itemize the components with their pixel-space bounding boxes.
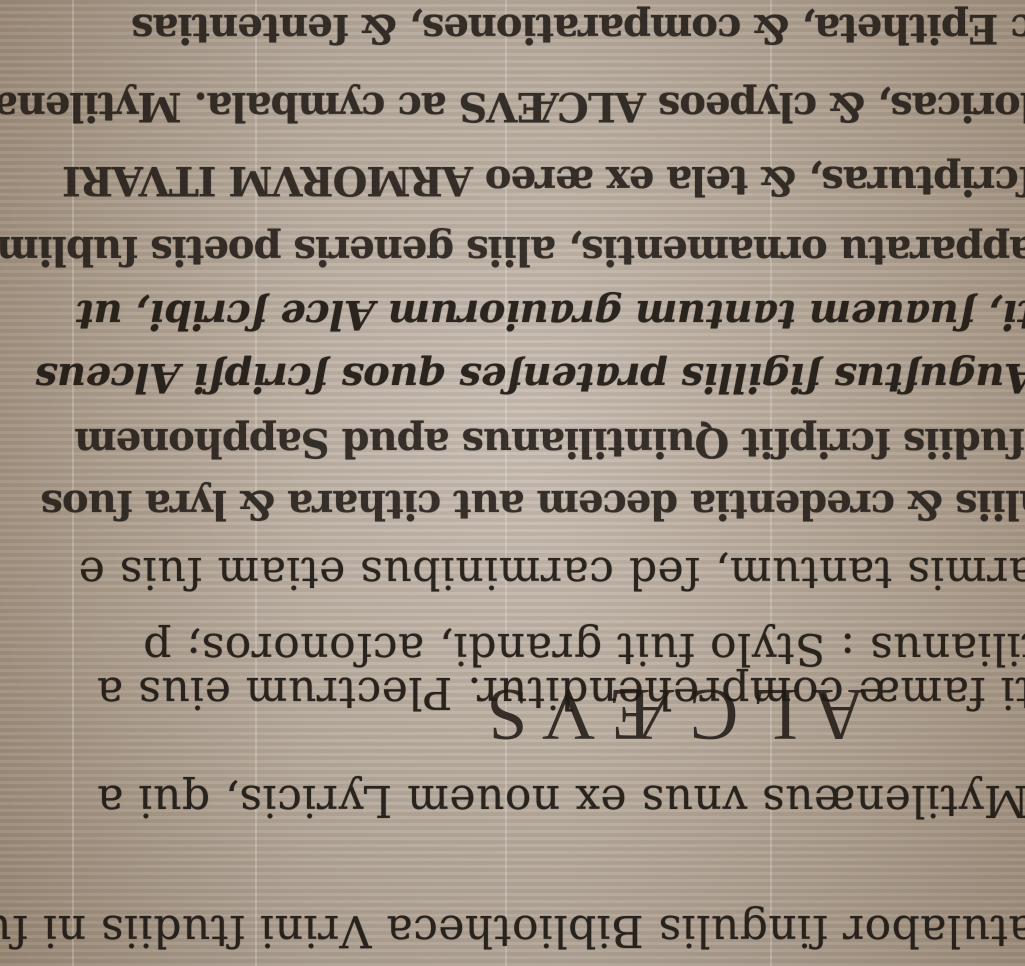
text-line-9: armis tantum, ſed carminibus etiam ſuis … xyxy=(78,547,1025,598)
text-line-7: ſudiis ſcripſit Quintilianus apud Sappho… xyxy=(75,419,1025,466)
text-line-13: gratulabor ſingulis Bibliotheca Vrini ſt… xyxy=(0,905,1025,956)
text-line-10: tilianus : Stylo fuit grandi, acſonoros;… xyxy=(143,623,1025,674)
text-line-12: Mytilenæus vnus ex nouem Lyricis, qui a xyxy=(97,775,1025,826)
text-line-4: apparatu ornamentis, aliis generis poeti… xyxy=(0,227,1025,274)
text-line-2: loricas, & clypeos ALCÆVS ac cymbala. My… xyxy=(0,83,1025,130)
text-line-1: ſic Epitheta, & comparationes, & ſentent… xyxy=(132,5,1025,52)
rotated-text-block: gratulabor ſingulis Bibliotheca Vrini ſt… xyxy=(0,0,1025,966)
text-line-5: ti, ſuauem tantum grauiorum Alce ſcribi,… xyxy=(76,291,1025,338)
text-line-3: ſcripturas, & tela ex æreo ARMORVM ITVAR… xyxy=(63,157,1025,204)
text-line-11: ti famæ comprehenditur. Plectrum eius a xyxy=(97,667,1025,718)
document-page: gratulabor ſingulis Bibliotheca Vrini ſt… xyxy=(0,0,1025,966)
text-line-6: Auguſtus ſigillis pratenſes quos ſcripſi… xyxy=(36,354,1025,401)
text-line-8: aliis & credentia decem aut cithara & ly… xyxy=(41,481,1025,528)
